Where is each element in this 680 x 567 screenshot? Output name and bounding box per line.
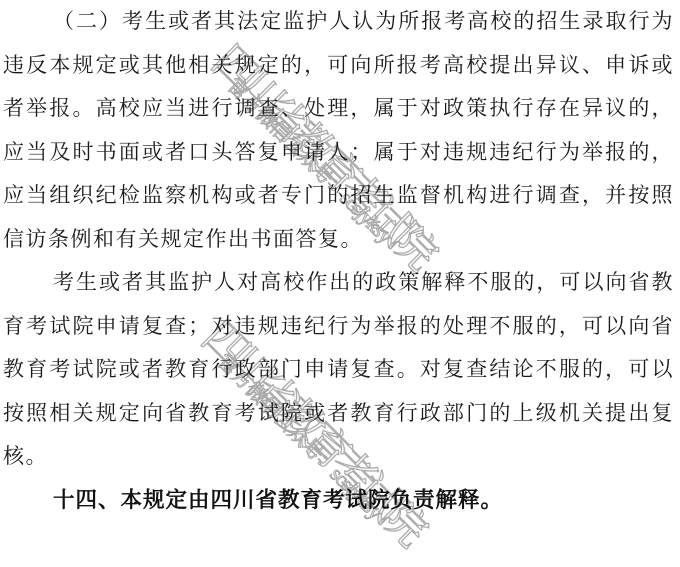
document-line: 者举报。高校应当进行调查、处理，属于对政策执行存在异议的，: [3, 87, 674, 131]
document-line: 核。: [3, 435, 674, 479]
document-line: 应当及时书面或者口头答复申请人；属于对违规违纪行为举报的，: [3, 131, 674, 175]
document-line: 按照相关规定向省教育考试院或者教育行政部门的上级机关提出复: [3, 392, 674, 436]
document-line: 信访条例和有关规定作出书面答复。: [3, 218, 674, 262]
document-heading-line: 十四、本规定由四川省教育考试院负责解释。: [3, 479, 674, 523]
document-page: 四川省教育考试院 官方微信公众号：scsjyksy 四川省教育考试院 官方微信公…: [0, 0, 680, 567]
document-line: 教育考试院或者教育行政部门申请复查。对复查结论不服的，可以: [3, 348, 674, 392]
document-text: （二）考生或者其法定监护人认为所报考高校的招生录取行为 违反本规定或其他相关规定…: [3, 0, 674, 522]
document-line: 应当组织纪检监察机构或者专门的招生监督机构进行调查，并按照: [3, 174, 674, 218]
document-line: 违反本规定或其他相关规定的，可向所报考高校提出异议、申诉或: [3, 44, 674, 88]
document-line: （二）考生或者其法定监护人认为所报考高校的招生录取行为: [3, 0, 674, 44]
document-line: 育考试院申请复查；对违规违纪行为举报的处理不服的，可以向省: [3, 305, 674, 349]
document-line: 考生或者其监护人对高校作出的政策解释不服的，可以向省教: [3, 261, 674, 305]
